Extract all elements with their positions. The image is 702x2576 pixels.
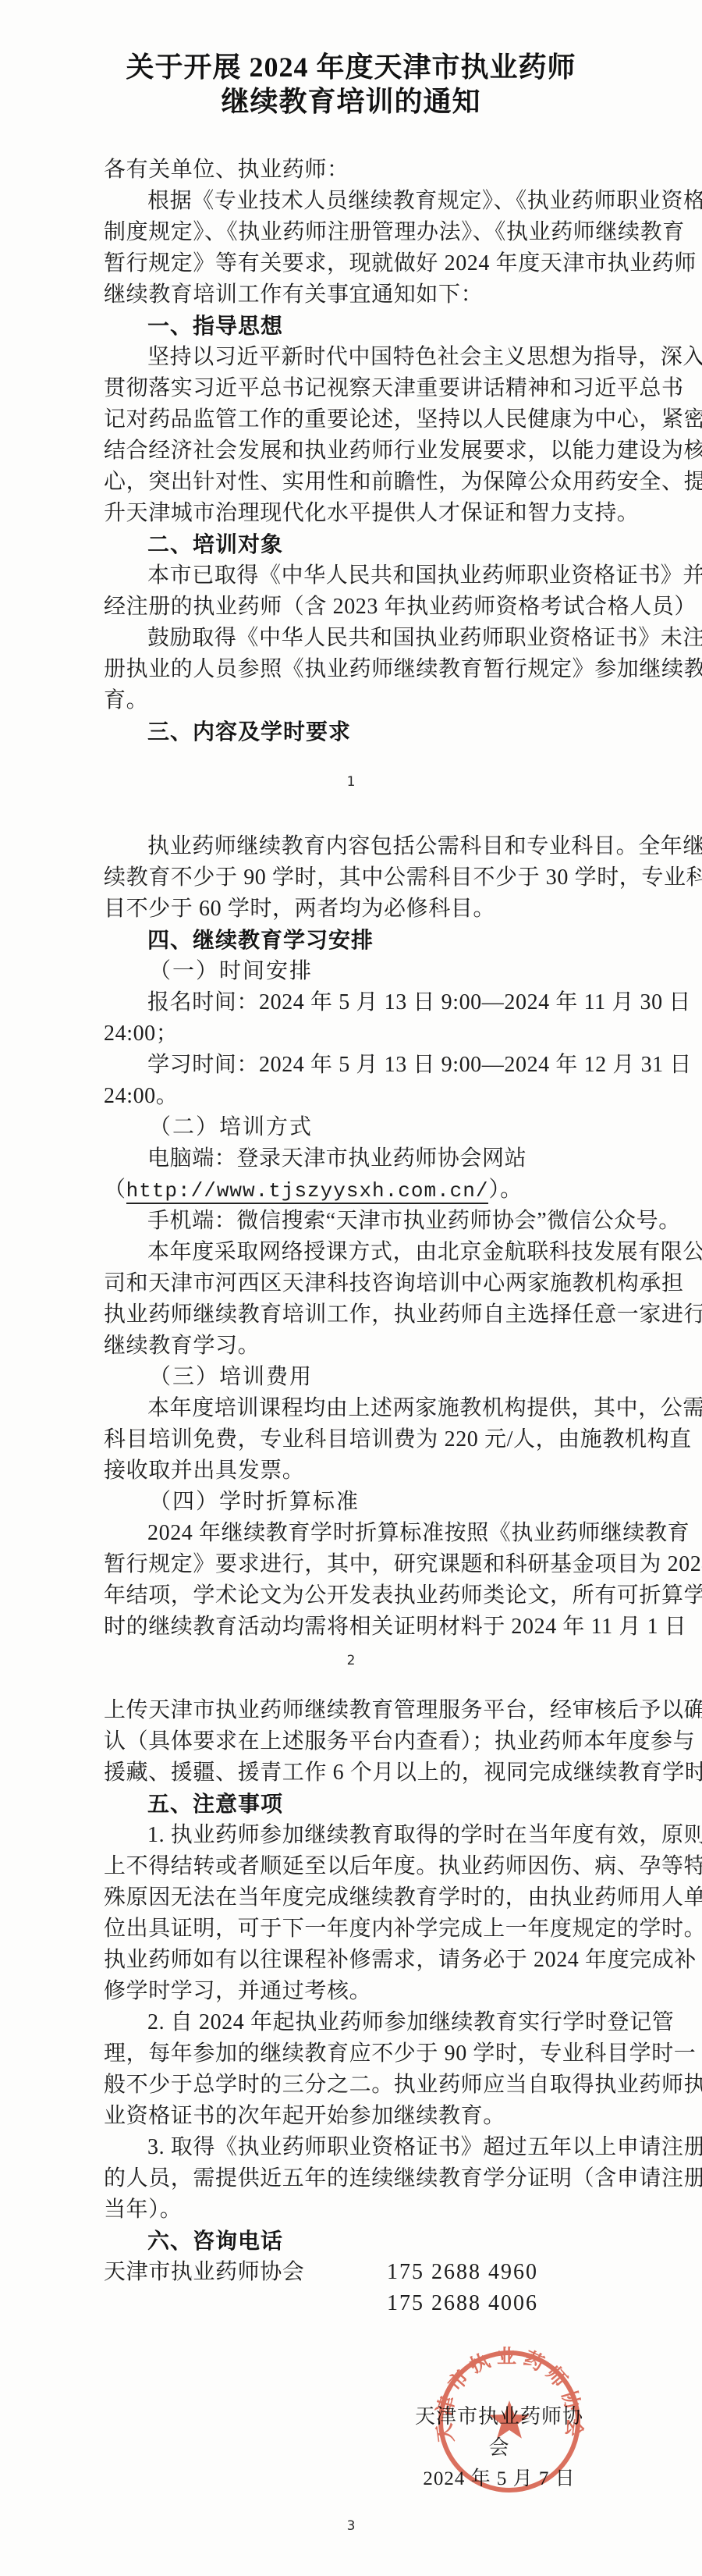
body-line: 根据《专业技术人员继续教育规定》、《执业药师职业资格: [0, 186, 702, 217]
body-line: 殊原因无法在当年度完成继续教育学时的，由执业药师用人单: [0, 1882, 702, 1913]
body-line: 记对药品监管工作的重要论述，坚持以人民健康为中心，紧密: [0, 404, 702, 435]
body-line: 般不少于总学时的三分之二。执业药师应当自取得执业药师执: [0, 2070, 702, 2101]
body-line: 结合经济社会发展和执业药师行业发展要求，以能力建设为核: [0, 435, 702, 467]
sub-heading: （二）培训方式: [0, 1112, 702, 1143]
website-url: http://www.tjszyysxh.com.cn/: [126, 1179, 489, 1204]
body-line: 本年度培训课程均由上述两家施教机构提供，其中，公需: [0, 1393, 702, 1424]
body-line: 目不少于 60 学时，两者均为必修科目。: [0, 894, 702, 925]
body-line: 继续教育培训工作有关事宜通知如下：: [0, 279, 702, 311]
phone-number: 175 2688 4960: [387, 2260, 538, 2284]
body-line: 本市已取得《中华人民共和国执业药师职业资格证书》并: [0, 560, 702, 592]
page-number-1: 1: [0, 774, 702, 790]
page-1: 关于开展 2024 年度天津市执业药师 继续教育培训的通知 各有关单位、执业药师…: [0, 0, 702, 812]
sub-heading: （一）时间安排: [0, 956, 702, 987]
body-line: 3. 取得《执业药师职业资格证书》超过五年以上申请注册: [0, 2132, 702, 2163]
body-line: 援藏、援疆、援青工作 6 个月以上的，视同完成继续教育学时。: [0, 1757, 702, 1789]
body-line: 鼓励取得《中华人民共和国执业药师职业资格证书》未注: [0, 623, 702, 654]
body-line: 继续教育学习。: [0, 1331, 702, 1362]
page-2-body: 执业药师继续教育内容包括公需科目和专业科目。全年继续教育不少于 90 学时，其中…: [0, 812, 702, 1643]
body-line: 学习时间：2024 年 5 月 13 日 9:00—2024 年 12 月 31…: [0, 1050, 702, 1081]
body-line: 暂行规定》等有关要求，现就做好 2024 年度天津市执业药师: [0, 248, 702, 279]
body-line: 认（具体要求在上述服务平台内查看）；执业药师本年度参与: [0, 1726, 702, 1757]
body-line: 当年）。: [0, 2194, 702, 2226]
seal-star-icon: [489, 2400, 529, 2439]
title-line-1: 关于开展 2024 年度天津市执业药师: [0, 50, 702, 84]
body-line: 贯彻落实习近平总书记视察天津重要讲话精神和习近平总书: [0, 373, 702, 404]
body-line: 司和天津市河西区天津科技咨询培训中心两家施教机构承担: [0, 1268, 702, 1299]
section-heading: 六、咨询电话: [0, 2226, 702, 2257]
section-heading: 一、指导思想: [0, 311, 702, 342]
body-line: 业资格证书的次年起开始参加继续教育。: [0, 2101, 702, 2132]
body-line: 报名时间：2024 年 5 月 13 日 9:00—2024 年 11 月 30…: [0, 987, 702, 1018]
body-line: 续教育不少于 90 学时，其中公需科目不少于 30 学时，专业科: [0, 862, 702, 894]
body-line: 暂行规定》要求进行，其中，研究课题和科研基金项目为 2024: [0, 1549, 702, 1580]
body-line: 年结项，学术论文为公开发表执业药师类论文，所有可折算学: [0, 1580, 702, 1611]
body-line: 执业药师继续教育内容包括公需科目和专业科目。全年继: [0, 831, 702, 862]
body-line: 理，每年参加的继续教育应不少于 90 学时，专业科目学时一: [0, 2038, 702, 2070]
body-line: 心，突出针对性、实用性和前瞻性，为保障公众用药安全、提: [0, 467, 702, 498]
body-line: 执业药师继续教育培训工作，执业药师自主选择任意一家进行: [0, 1299, 702, 1331]
body-line: 2. 自 2024 年起执业药师参加继续教育实行学时登记管: [0, 2007, 702, 2038]
body-line: 制度规定》、《执业药师注册管理办法》、《执业药师继续教育: [0, 217, 702, 248]
contact-row: 175 2688 4006: [0, 2288, 702, 2319]
body-line: 育。: [0, 685, 702, 716]
body-line: 24:00；: [0, 1018, 702, 1050]
sub-heading: （三）培训费用: [0, 1362, 702, 1393]
contact-row: 天津市执业药师协会175 2688 4960: [0, 2257, 702, 2288]
page-3-body: 上传天津市执业药师继续教育管理服务平台，经审核后予以确认（具体要求在上述服务平台…: [0, 1686, 702, 2319]
body-line: 上不得结转或者顺延至以后年度。执业药师因伤、病、孕等特: [0, 1851, 702, 1882]
sub-heading: （四）学时折算标准: [0, 1487, 702, 1518]
body-line: 1. 执业药师参加继续教育取得的学时在当年度有效，原则: [0, 1820, 702, 1851]
page-number-2: 2: [0, 1653, 702, 1668]
section-heading: 三、内容及学时要求: [0, 716, 702, 748]
body-line: 本年度采取网络授课方式，由北京金航联科技发展有限公: [0, 1237, 702, 1268]
contact-org-label: 天津市执业药师协会: [104, 2257, 387, 2288]
page-3: 上传天津市执业药师继续教育管理服务平台，经审核后予以确认（具体要求在上述服务平台…: [0, 1686, 702, 2576]
body-line: 的人员，需提供近五年的连续继续教育学分证明（含申请注册: [0, 2163, 702, 2194]
body-line: 科目培训免费，专业科目培训费为 220 元/人，由施教机构直: [0, 1424, 702, 1455]
body-line: 册执业的人员参照《执业药师继续教育暂行规定》参加继续教: [0, 654, 702, 685]
title-line-2: 继续教育培训的通知: [0, 84, 702, 119]
section-heading: 二、培训对象: [0, 529, 702, 560]
body-line: 经注册的执业药师（含 2023 年执业药师资格考试合格人员）: [0, 592, 702, 623]
body-line: 上传天津市执业药师继续教育管理服务平台，经审核后予以确: [0, 1695, 702, 1726]
body-line: 执业药师如有以往课程补修需求，请务必于 2024 年度完成补: [0, 1945, 702, 1976]
page-number-3: 3: [0, 2518, 702, 2534]
body-line: 坚持以习近平新时代中国特色社会主义思想为指导，深入: [0, 342, 702, 373]
website-line: （http://www.tjszyysxh.com.cn/）。: [0, 1174, 702, 1206]
body-line: 各有关单位、执业药师：: [0, 155, 702, 186]
body-line: 接收取并出具发票。: [0, 1455, 702, 1487]
body-line: 电脑端：登录天津市执业药师协会网站: [0, 1143, 702, 1174]
body-line: 24:00。: [0, 1081, 702, 1112]
body-line: 升天津城市治理现代化水平提供人才保证和智力支持。: [0, 498, 702, 529]
section-heading: 四、继续教育学习安排: [0, 925, 702, 956]
page-1-body: 各有关单位、执业药师：根据《专业技术人员继续教育规定》、《执业药师职业资格制度规…: [0, 155, 702, 748]
section-heading: 五、注意事项: [0, 1789, 702, 1820]
body-line: 位出具证明，可于下一年度内补学完成上一年度规定的学时。: [0, 1913, 702, 1945]
body-line: 修学时学习，并通过考核。: [0, 1976, 702, 2007]
phone-number: 175 2688 4006: [387, 2291, 538, 2315]
official-seal-stamp: 天津市执业药师协会: [431, 2343, 587, 2500]
body-line: 手机端：微信搜索“天津市执业药师协会”微信公众号。: [0, 1206, 702, 1237]
notice-document: 关于开展 2024 年度天津市执业药师 继续教育培训的通知 各有关单位、执业药师…: [0, 0, 702, 2576]
page-2: 执业药师继续教育内容包括公需科目和专业科目。全年继续教育不少于 90 学时，其中…: [0, 812, 702, 1686]
body-line: 时的继续教育活动均需将相关证明材料于 2024 年 11 月 1 日: [0, 1611, 702, 1643]
paren: ）。: [488, 1178, 522, 1202]
paren: （: [104, 1178, 126, 1202]
notice-title: 关于开展 2024 年度天津市执业药师 继续教育培训的通知: [0, 50, 702, 119]
body-line: 2024 年继续教育学时折算标准按照《执业药师继续教育: [0, 1518, 702, 1549]
